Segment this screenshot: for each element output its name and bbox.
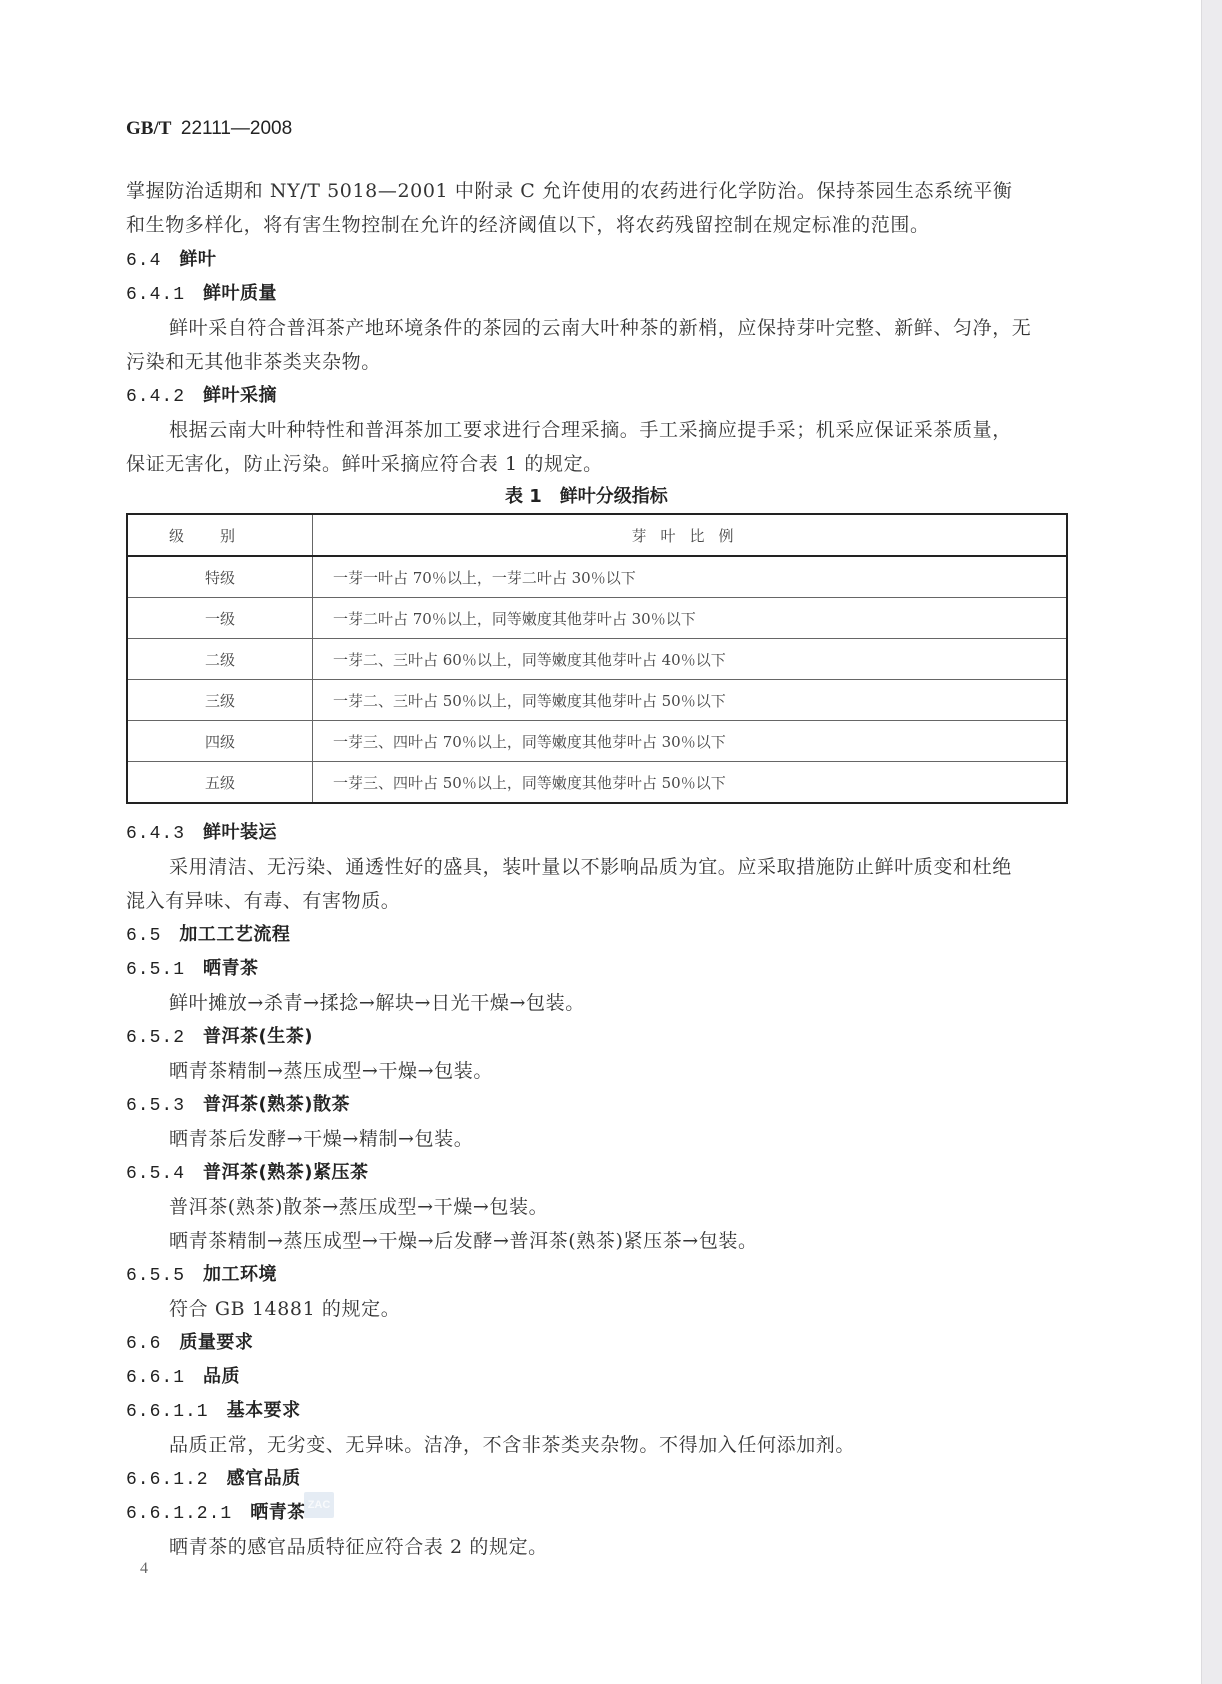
table-row: 二级 一芽二、三叶占 60％以上，同等嫩度其他芽叶占 40％以下	[127, 639, 1067, 680]
section-number: 6.6.1.2.1	[126, 1504, 232, 1524]
ratio-cell: 一芽三、四叶占 50％以上，同等嫩度其他芽叶占 50％以下	[313, 762, 1068, 804]
paragraph-6-6-1-2-1: 晒青茶的感官品质特征应符合表 2 的规定。	[169, 1532, 548, 1559]
column-header-ratio: 芽叶比例	[313, 514, 1068, 556]
section-heading-6-5-2: 6.5.2普洱茶(生茶)	[126, 1022, 313, 1048]
section-title: 鲜叶装运	[203, 822, 277, 843]
table-1-caption: 表 1 鲜叶分级指标	[505, 482, 668, 508]
section-title: 晒青茶	[203, 958, 259, 979]
ratio-cell: 一芽二、三叶占 60％以上，同等嫩度其他芽叶占 40％以下	[313, 639, 1068, 680]
section-number: 6.5.5	[126, 1266, 185, 1286]
section-heading-6-4-3: 6.4.3鲜叶装运	[126, 818, 277, 844]
section-number: 6.4.2	[126, 387, 185, 407]
paragraph-6-4-1-line-1: 鲜叶采自符合普洱茶产地环境条件的茶园的云南大叶种茶的新梢，应保持芽叶完整、新鲜、…	[169, 313, 1031, 340]
table-row: 五级 一芽三、四叶占 50％以上，同等嫩度其他芽叶占 50％以下	[127, 762, 1067, 804]
section-number: 6.5.3	[126, 1096, 185, 1116]
section-heading-6-6-1-2: 6.6.1.2感官品质	[126, 1464, 301, 1490]
table-row: 特级 一芽一叶占 70％以上，一芽二叶占 30％以下	[127, 556, 1067, 598]
section-title: 鲜叶	[179, 249, 216, 270]
intro-paragraph-line-2: 和生物多样化，将有害生物控制在允许的经济阈值以下，将农药残留控制在规定标准的范围…	[126, 210, 930, 237]
section-heading-6-6-1: 6.6.1品质	[126, 1362, 240, 1388]
document-page: GB/T 22111—2008 掌握防治适期和 NY/T 5018—2001 中…	[0, 0, 1202, 1684]
paragraph-6-4-2-line-2: 保证无害化，防止污染。鲜叶采摘应符合表 1 的规定。	[126, 449, 603, 476]
paragraph-6-4-3-line-2: 混入有异味、有毒、有害物质。	[126, 886, 400, 913]
section-heading-6-5: 6.5加工工艺流程	[126, 920, 290, 946]
standard-code-prefix: GB/T	[126, 118, 171, 139]
column-header-grade: 级别	[127, 514, 313, 556]
section-number: 6.6.1.1	[126, 1402, 209, 1422]
section-number: 6.4.1	[126, 285, 185, 305]
section-heading-6-5-3: 6.5.3普洱茶(熟茶)散茶	[126, 1090, 350, 1116]
paragraph-6-6-1-1: 品质正常，无劣变、无异味。洁净，不含非茶类夹杂物。不得加入任何添加剂。	[169, 1430, 855, 1457]
process-flow-6-5-2: 晒青茶精制→蒸压成型→干燥→包装。	[169, 1056, 493, 1083]
grade-cell: 一级	[127, 598, 313, 639]
watermark-logo: ZAC	[304, 1492, 334, 1518]
page-number: 4	[140, 1560, 148, 1578]
section-number: 6.6.1.2	[126, 1470, 209, 1490]
table-header-row: 级别 芽叶比例	[127, 514, 1067, 556]
section-number: 6.6	[126, 1334, 161, 1354]
section-title: 普洱茶(熟茶)散茶	[203, 1094, 350, 1115]
paragraph-6-4-1-line-2: 污染和无其他非茶类夹杂物。	[126, 347, 381, 374]
grade-cell: 三级	[127, 680, 313, 721]
intro-paragraph-line-1: 掌握防治适期和 NY/T 5018—2001 中附录 C 允许使用的农药进行化学…	[126, 176, 1013, 203]
standard-code-number: 22111—2008	[181, 118, 292, 139]
vertical-scrollbar[interactable]	[1201, 0, 1222, 1684]
table-row: 四级 一芽三、四叶占 70％以上，同等嫩度其他芽叶占 30％以下	[127, 721, 1067, 762]
section-heading-6-5-5: 6.5.5加工环境	[126, 1260, 277, 1286]
grade-cell: 四级	[127, 721, 313, 762]
section-title: 普洱茶(熟茶)紧压茶	[203, 1162, 368, 1183]
grade-cell: 特级	[127, 556, 313, 598]
section-title: 鲜叶采摘	[203, 385, 277, 406]
ratio-cell: 一芽一叶占 70％以上，一芽二叶占 30％以下	[313, 556, 1068, 598]
grade-cell: 二级	[127, 639, 313, 680]
section-heading-6-5-1: 6.5.1晒青茶	[126, 954, 259, 980]
process-flow-6-5-4-line-1: 普洱茶(熟茶)散茶→蒸压成型→干燥→包装。	[169, 1192, 548, 1219]
section-title: 加工环境	[203, 1264, 277, 1285]
fresh-leaf-grading-table: 级别 芽叶比例 特级 一芽一叶占 70％以上，一芽二叶占 30％以下 一级 一芽…	[126, 513, 1068, 804]
paragraph-6-4-2-line-1: 根据云南大叶种特性和普洱茶加工要求进行合理采摘。手工采摘应提手采；机采应保证采茶…	[169, 415, 1012, 442]
section-title: 感官品质	[227, 1468, 301, 1489]
section-title: 质量要求	[179, 1332, 253, 1353]
grade-cell: 五级	[127, 762, 313, 804]
ratio-cell: 一芽二、三叶占 50％以上，同等嫩度其他芽叶占 50％以下	[313, 680, 1068, 721]
paragraph-6-5-5: 符合 GB 14881 的规定。	[169, 1294, 400, 1321]
section-title: 加工工艺流程	[179, 924, 290, 945]
section-number: 6.5.4	[126, 1164, 185, 1184]
section-heading-6-4: 6.4鲜叶	[126, 245, 216, 271]
table-row: 三级 一芽二、三叶占 50％以上，同等嫩度其他芽叶占 50％以下	[127, 680, 1067, 721]
ratio-cell: 一芽二叶占 70％以上，同等嫩度其他芽叶占 30％以下	[313, 598, 1068, 639]
section-heading-6-4-1: 6.4.1鲜叶质量	[126, 279, 277, 305]
section-title: 鲜叶质量	[203, 283, 277, 304]
section-number: 6.5.1	[126, 960, 185, 980]
section-heading-6-6: 6.6质量要求	[126, 1328, 253, 1354]
section-heading-6-6-1-2-1: 6.6.1.2.1晒青茶	[126, 1498, 306, 1524]
section-number: 6.5.2	[126, 1028, 185, 1048]
section-number: 6.5	[126, 926, 161, 946]
section-number: 6.6.1	[126, 1368, 185, 1388]
section-title: 基本要求	[227, 1400, 301, 1421]
paragraph-6-4-3-line-1: 采用清洁、无污染、通透性好的盛具，装叶量以不影响品质为宜。应采取措施防止鲜叶质变…	[169, 852, 1012, 879]
process-flow-6-5-3: 晒青茶后发酵→干燥→精制→包装。	[169, 1124, 473, 1151]
section-heading-6-4-2: 6.4.2鲜叶采摘	[126, 381, 277, 407]
section-heading-6-6-1-1: 6.6.1.1基本要求	[126, 1396, 301, 1422]
process-flow-6-5-1: 鲜叶摊放→杀青→揉捻→解块→日光干燥→包装。	[169, 988, 585, 1015]
section-number: 6.4	[126, 251, 161, 271]
section-number: 6.4.3	[126, 824, 185, 844]
table-row: 一级 一芽二叶占 70％以上，同等嫩度其他芽叶占 30％以下	[127, 598, 1067, 639]
section-heading-6-5-4: 6.5.4普洱茶(熟茶)紧压茶	[126, 1158, 368, 1184]
standard-code: GB/T 22111—2008	[126, 118, 292, 140]
ratio-cell: 一芽三、四叶占 70％以上，同等嫩度其他芽叶占 30％以下	[313, 721, 1068, 762]
section-title: 品质	[203, 1366, 240, 1387]
process-flow-6-5-4-line-2: 晒青茶精制→蒸压成型→干燥→后发酵→普洱茶(熟茶)紧压茶→包装。	[169, 1226, 758, 1253]
section-title: 普洱茶(生茶)	[203, 1026, 313, 1047]
section-title: 晒青茶	[250, 1502, 306, 1523]
